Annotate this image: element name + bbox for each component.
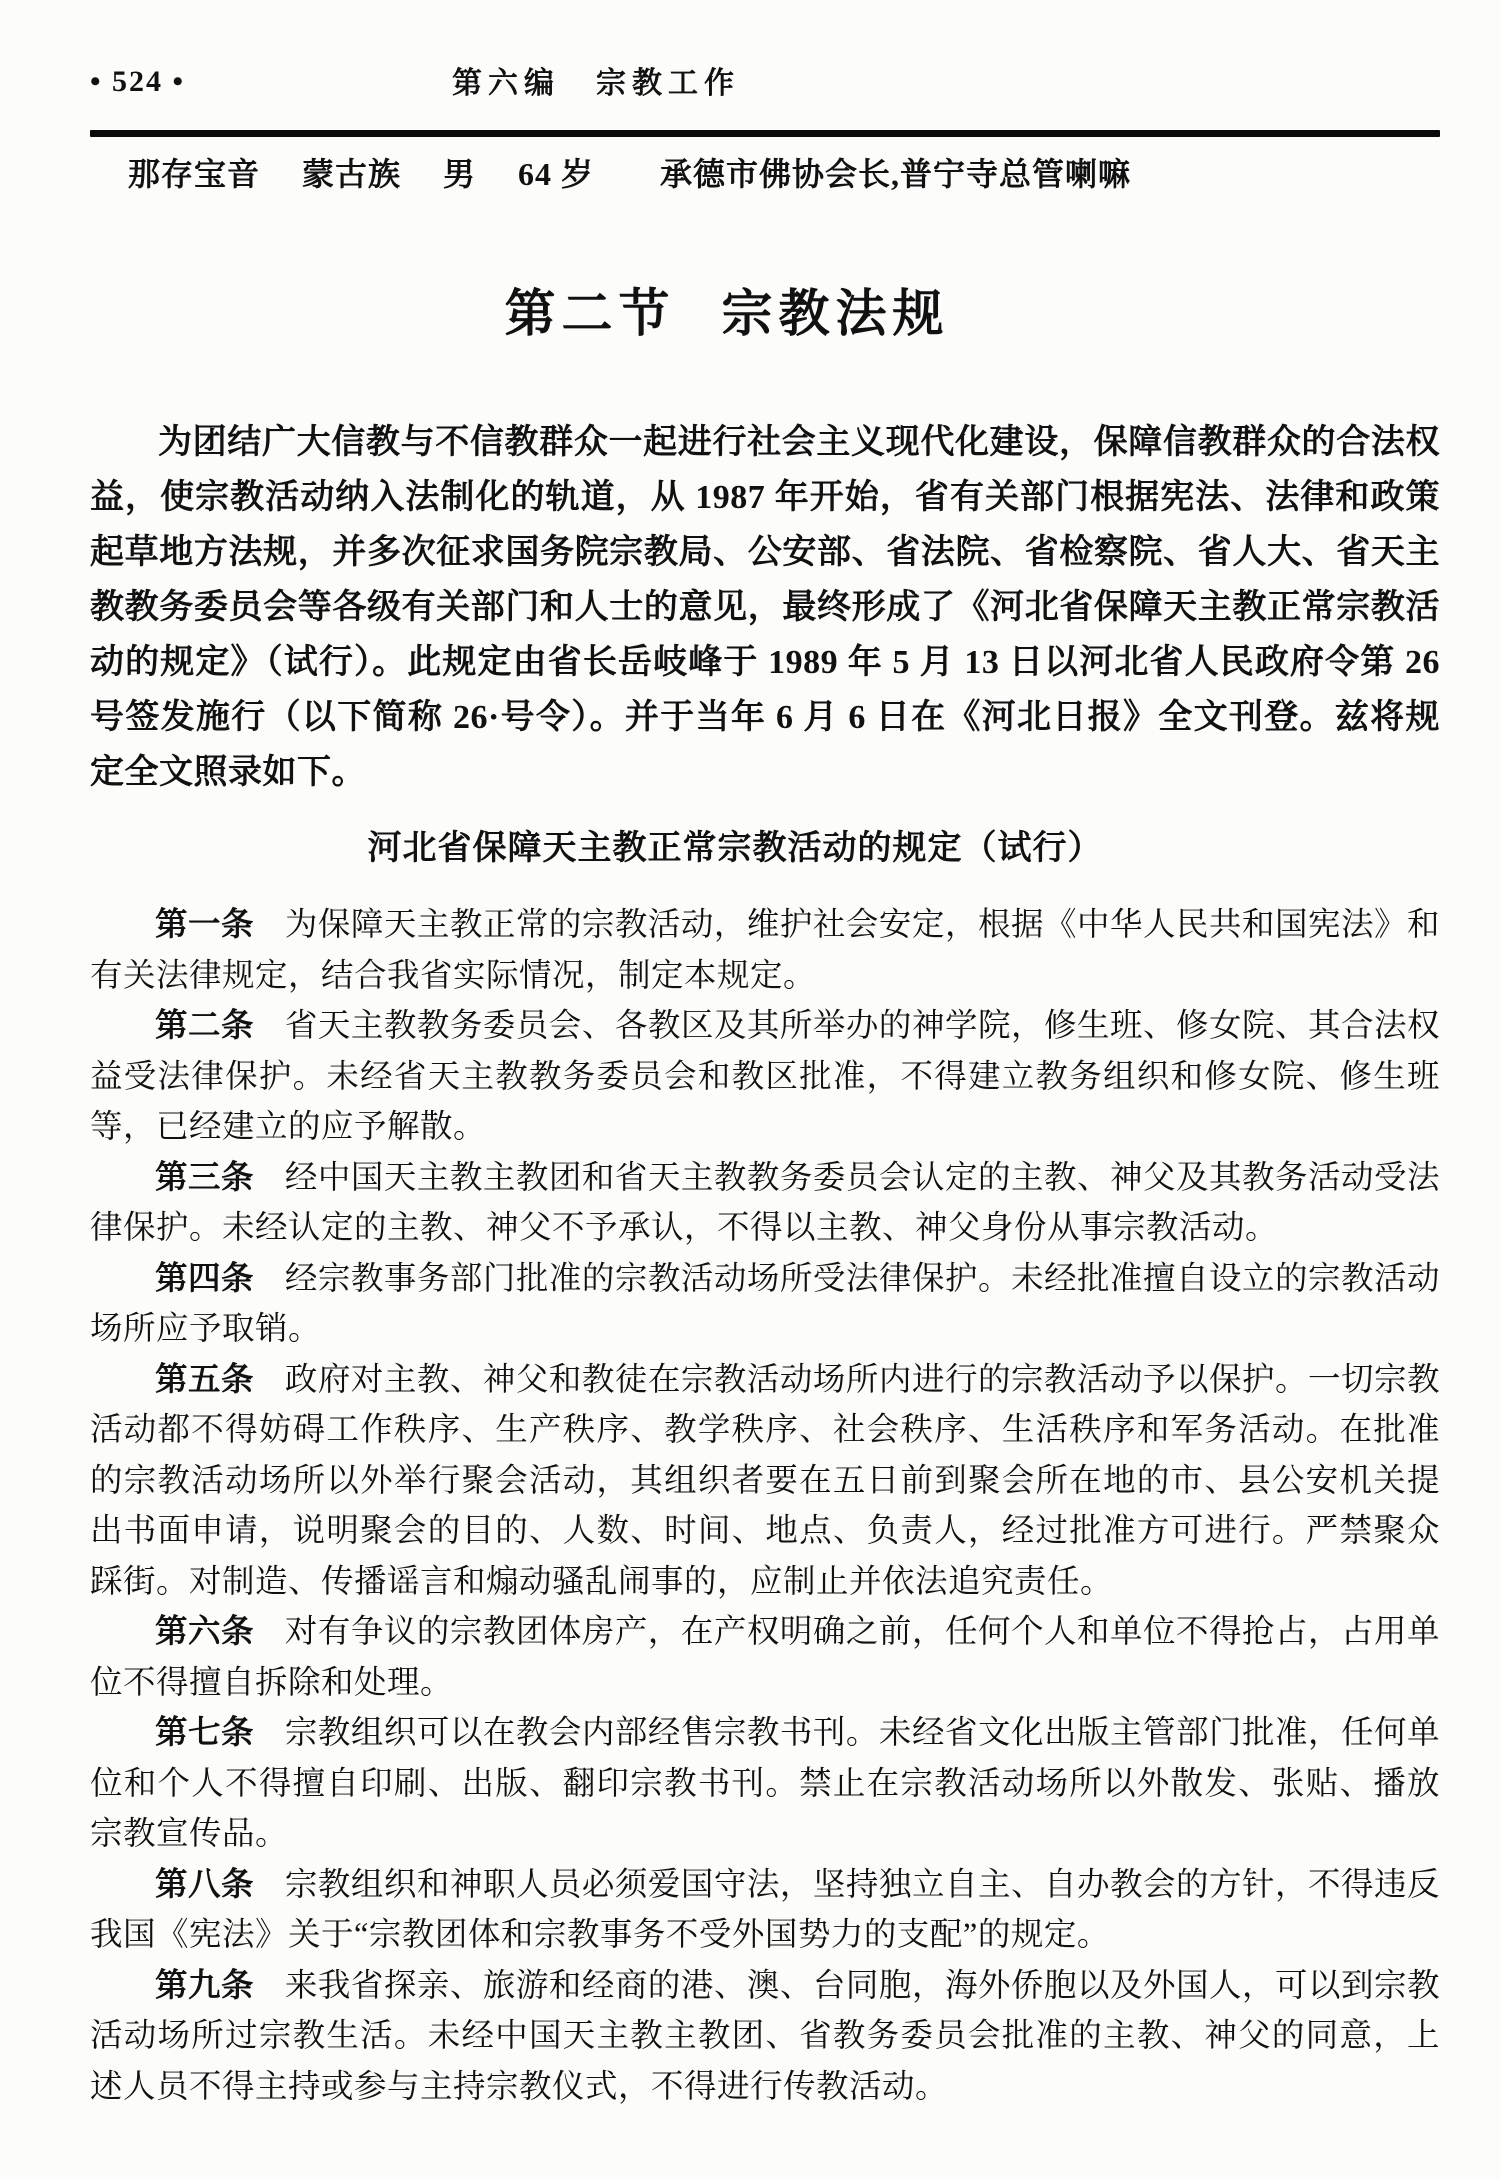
- article-8-text: 宗教组织和神职人员必须爱国守法，坚持独立自主、自办教会的方针，不得违反我国《宪法…: [90, 1867, 1440, 1954]
- article-1-text: 为保障天主教正常的宗教活动，维护社会安定，根据《中华人民共和国宪法》和有关法律规…: [90, 907, 1440, 994]
- running-header: • 524 • 第六编 宗教工作: [90, 62, 1440, 108]
- article-9-label: 第九条: [155, 1968, 254, 2004]
- article-9: 第九条来我省探亲、旅游和经商的港、澳、台同胞，海外侨胞以及外国人，可以到宗教活动…: [90, 1961, 1440, 2113]
- running-header-title: 第六编 宗教工作: [452, 64, 740, 104]
- article-7-text: 宗教组织可以在教会内部经售宗教书刊。未经省文化出版主管部门批准，任何单位和个人不…: [90, 1715, 1440, 1852]
- regulation-title: 河北省保障天主教正常宗教活动的规定（试行）: [60, 826, 1410, 872]
- section-heading: 第二节宗教法规: [52, 285, 1402, 345]
- article-3-text: 经中国天主教主教团和省天主教教务委员会认定的主教、神父及其教务活动受法律保护。未…: [90, 1160, 1440, 1247]
- page-number: • 524 •: [90, 65, 185, 98]
- section-number: 第二节: [504, 287, 675, 343]
- article-6-text: 对有争议的宗教团体房产，在产权明确之前，任何个人和单位不得抢占，占用单位不得擅自…: [90, 1614, 1440, 1701]
- article-4: 第四条经宗教事务部门批准的宗教活动场所受法律保护。未经批准擅自设立的宗教活动场所…: [90, 1254, 1440, 1355]
- article-6-label: 第六条: [155, 1614, 254, 1650]
- article-7-label: 第七条: [155, 1715, 254, 1751]
- article-8: 第八条宗教组织和神职人员必须爱国守法，坚持独立自主、自办教会的方针，不得违反我国…: [90, 1860, 1440, 1961]
- article-1: 第一条为保障天主教正常的宗教活动，维护社会安定，根据《中华人民共和国宪法》和有关…: [90, 900, 1440, 1001]
- article-2: 第二条省天主教教务委员会、各教区及其所举办的神学院，修生班、修女院、其合法权益受…: [90, 1001, 1440, 1153]
- article-2-text: 省天主教教务委员会、各教区及其所举办的神学院，修生班、修女院、其合法权益受法律保…: [90, 1008, 1440, 1145]
- article-9-text: 来我省探亲、旅游和经商的港、澳、台同胞，海外侨胞以及外国人，可以到宗教活动场所过…: [90, 1968, 1440, 2105]
- regulation-articles: 第一条为保障天主教正常的宗教活动，维护社会安定，根据《中华人民共和国宪法》和有关…: [90, 900, 1440, 2112]
- article-7: 第七条宗教组织可以在教会内部经售宗教书刊。未经省文化出版主管部门批准，任何单位和…: [90, 1708, 1440, 1860]
- article-8-label: 第八条: [155, 1867, 254, 1903]
- article-6: 第六条对有争议的宗教团体房产，在产权明确之前，任何个人和单位不得抢占，占用单位不…: [90, 1607, 1440, 1708]
- article-3: 第三条经中国天主教主教团和省天主教教务委员会认定的主教、神父及其教务活动受法律保…: [90, 1153, 1440, 1254]
- person-info-line: 那存宝音 蒙古族 男 64 岁 承德市佛协会长,普宁寺总管喇嘛: [90, 153, 1440, 195]
- intro-paragraph: 为团结广大信教与不信教群众一起进行社会主义现代化建设，保障信教群众的合法权益，使…: [90, 415, 1440, 800]
- article-5-label: 第五条: [155, 1362, 254, 1398]
- article-4-label: 第四条: [155, 1261, 254, 1297]
- section-title: 宗教法规: [722, 287, 950, 343]
- article-5: 第五条政府对主教、神父和教徒在宗教活动场所内进行的宗教活动予以保护。一切宗教活动…: [90, 1355, 1440, 1608]
- book-page: • 524 • 第六编 宗教工作 那存宝音 蒙古族 男 64 岁 承德市佛协会长…: [0, 0, 1500, 2179]
- article-2-label: 第二条: [155, 1008, 254, 1044]
- article-4-text: 经宗教事务部门批准的宗教活动场所受法律保护。未经批准擅自设立的宗教活动场所应予取…: [90, 1261, 1440, 1348]
- article-5-text: 政府对主教、神父和教徒在宗教活动场所内进行的宗教活动予以保护。一切宗教活动都不得…: [90, 1362, 1440, 1600]
- header-rule: [90, 130, 1440, 137]
- article-3-label: 第三条: [155, 1160, 254, 1196]
- article-1-label: 第一条: [155, 907, 254, 943]
